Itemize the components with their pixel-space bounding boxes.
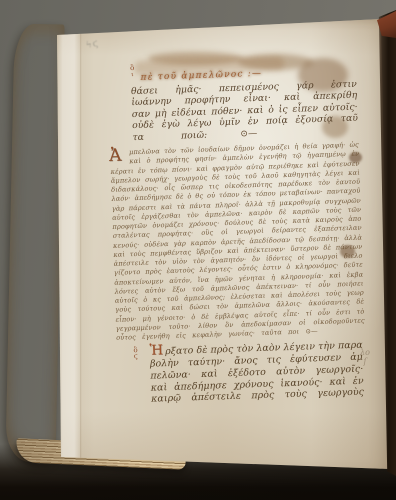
gospel-passage-1: θάσει ἡμᾶς· πεπεισμένος γάρ ἐστιν ἰωάννη… <box>131 79 359 143</box>
manuscript-photo: ϟϛ λο ſ ὃ ι πὲ τοῦ ἀμπελῶνοϲ :— θάσει ἡμ… <box>0 0 396 500</box>
lection-mark: ὃ ϛ <box>132 348 140 359</box>
tail-word: ποιῶ: <box>181 129 208 141</box>
lection-mark-stem: ϛ <box>132 354 140 360</box>
book-fore-edge-leaves <box>5 24 64 463</box>
gospel-passage-2: ὃ ϛ Ἡρξατο δὲ πρὸς τὸν λαὸν λέγειν τὴν π… <box>149 339 364 406</box>
guard-strip <box>57 30 80 476</box>
lection-mark: ὃ ι <box>128 66 136 77</box>
kephalaion-heading-row: ὃ ι πὲ τοῦ ἀμπελῶνοϲ :— <box>140 58 357 79</box>
catena-commentary: Ἀ μπελῶνα τὸν τῶν ἰουδαίων δῆμον ὀνομάζε… <box>110 141 365 343</box>
drop-initial-eta: Ἡ <box>149 343 163 359</box>
pencil-note: ϟϛ <box>85 39 100 51</box>
tail-word: τα <box>132 131 144 142</box>
end-mark: ⊙— <box>240 128 257 140</box>
page-text: ὃ ι πὲ τοῦ ἀμπελῶνοϲ :— θάσει ἡμᾶς· πεπε… <box>105 54 368 407</box>
lection-mark-stem: ι <box>128 71 136 77</box>
